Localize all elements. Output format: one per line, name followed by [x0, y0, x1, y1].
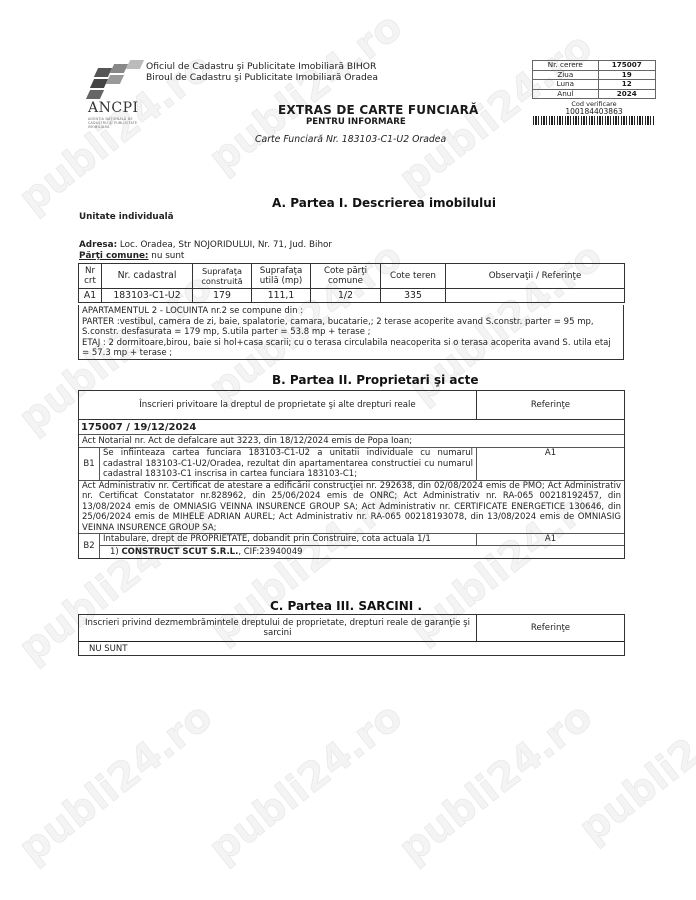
address: Adresa: Loc. Oradea, Str NOJORIDULUI, Nr…: [79, 240, 332, 250]
watermark: publi24.ro: [200, 4, 411, 183]
col-cote-comune: Cote părţi comune: [311, 264, 381, 289]
cell-cote-comune: 1/2: [311, 289, 381, 303]
request-reference: 175007 / 19/12/2024: [79, 420, 624, 435]
description-line: ETAJ : 2 dormitoare,birou, baie si hol+c…: [82, 338, 620, 359]
cell-cote-teren: 335: [381, 289, 446, 303]
charges-header-row: Inscrieri privind dezmembrămintele drept…: [79, 615, 624, 642]
cell-observatii: [446, 289, 625, 303]
owners-header-row: Înscrieri privitoare la dreptul de propr…: [79, 391, 624, 420]
document-subtitle: PENTRU INFORMARE: [306, 117, 406, 127]
common-parts-label: Părţi comune:: [79, 251, 148, 261]
owner-cif: , CIF:23940049: [238, 547, 302, 557]
verification-code: 100184403863: [532, 108, 656, 116]
cell-sup-utila: 111,1: [252, 289, 311, 303]
request-label: Nr. cerere: [533, 61, 599, 71]
col-cadastral: Nr. cadastral: [102, 264, 193, 289]
table-row: A1 183103-C1-U2 179 111,1 1/2 335: [79, 289, 625, 303]
col-refs: Referinţe: [477, 615, 624, 641]
document-title: EXTRAS DE CARTE FUNCIARĂ: [278, 103, 479, 117]
act-notarial: Act Notarial nr. Act de defalcare aut 32…: [79, 435, 624, 448]
unit-description: APARTAMENTUL 2 - LOCUINTA nr.2 se compun…: [78, 305, 624, 360]
address-value: Loc. Oradea, Str NOJORIDULUI, Nr. 71, Ju…: [117, 240, 332, 250]
entry-b2: B2 Intabulare, drept de PROPRIETATE, dob…: [79, 534, 624, 558]
owners-table: Înscrieri privitoare la dreptul de propr…: [78, 390, 625, 559]
owner-index: 1): [110, 547, 119, 557]
part2-heading: B. Partea II. Proprietari şi acte: [272, 373, 478, 387]
col-cote-teren: Cote teren: [381, 264, 446, 289]
charges-value: NU SUNT: [79, 642, 624, 655]
common-parts: Părţi comune: nu sunt: [79, 251, 184, 261]
logo-square-icon: [126, 60, 144, 69]
watermark: publi24.ro: [200, 694, 411, 873]
request-table: Nr. cerere 175007 Ziua 19 Luna 12 Anul 2…: [532, 60, 656, 99]
property-table: Nr crt Nr. cadastral Suprafaţa construit…: [78, 263, 625, 303]
carte-funciara-number: Carte Funciară Nr. 183103-C1-U2 Oradea: [255, 134, 446, 145]
office-line-2: Biroul de Cadastru şi Publicitate Imobil…: [146, 72, 378, 83]
col-sup-utila: Suprafaţa utilă (mp): [252, 264, 311, 289]
col-observatii: Observaţii / Referinţe: [446, 264, 625, 289]
request-label: Anul: [533, 89, 599, 99]
cell-nr: A1: [79, 289, 102, 303]
entry-id: B1: [79, 448, 100, 480]
barcode-icon: [533, 116, 655, 125]
entry-body: Intabulare, drept de PROPRIETATE, doband…: [100, 534, 624, 558]
request-row: Nr. cerere 175007: [533, 61, 656, 71]
cell-cadastral: 183103-C1-U2: [102, 289, 193, 303]
owner-entry: 1) CONSTRUCT SCUT S.R.L., CIF:23940049: [100, 546, 624, 558]
table-header-row: Nr crt Nr. cadastral Suprafaţa construit…: [79, 264, 625, 289]
unit-type: Unitate individuală: [79, 212, 174, 222]
acts-administrative: Act Administrativ nr. Certificat de ates…: [79, 481, 624, 535]
col-refs: Referinţe: [477, 391, 624, 419]
part3-heading: C. Partea III. SARCINI .: [270, 599, 422, 613]
col-nr-crt: Nr crt: [79, 264, 102, 289]
part1-heading: A. Partea I. Descrierea imobilului: [272, 196, 496, 210]
request-value: 12: [598, 80, 655, 90]
entry-ref: A1: [477, 448, 624, 480]
office-line-1: Oficiul de Cadastru şi Publicitate Imobi…: [146, 61, 378, 72]
request-row: Luna 12: [533, 80, 656, 90]
logo-square-icon: [86, 90, 104, 99]
entry-b1: B1 Se infiinteaza cartea funciara 183103…: [79, 448, 624, 481]
entry-main: Intabulare, drept de PROPRIETATE, doband…: [100, 534, 624, 546]
address-label: Adresa:: [79, 240, 117, 250]
issuing-office: Oficiul de Cadastru şi Publicitate Imobi…: [146, 61, 378, 83]
watermark: publi24.ro: [570, 674, 696, 853]
request-row: Anul 2024: [533, 89, 656, 99]
request-info-box: Nr. cerere 175007 Ziua 19 Luna 12 Anul 2…: [527, 60, 661, 125]
charges-table: Inscrieri privind dezmembrămintele drept…: [78, 614, 625, 656]
entry-id: B2: [79, 534, 100, 558]
col-entries: Înscrieri privitoare la dreptul de propr…: [79, 391, 477, 419]
entry-text: Se infiinteaza cartea funciara 183103-C1…: [100, 448, 477, 480]
owner-name: CONSTRUCT SCUT S.R.L.: [121, 547, 238, 557]
entry-ref: A1: [477, 534, 624, 545]
request-row: Ziua 19: [533, 70, 656, 80]
request-value: 175007: [598, 61, 655, 71]
logo-subtitle: AGENŢIA NAŢIONALĂ DE CADASTRU ŞI PUBLICI…: [88, 117, 150, 129]
request-value: 2024: [598, 89, 655, 99]
col-entries: Inscrieri privind dezmembrămintele drept…: [79, 615, 477, 641]
common-parts-value: nu sunt: [148, 251, 184, 261]
watermark: publi24.ro: [10, 694, 221, 873]
col-sup-construita: Suprafaţa construită: [193, 264, 252, 289]
watermark: publi24.ro: [390, 694, 601, 873]
description-line: PARTER :vestibul, camera de zi, baie, sp…: [82, 317, 620, 338]
logo-text: ANCPI: [88, 100, 139, 116]
logo-square-icon: [106, 75, 124, 84]
request-label: Luna: [533, 80, 599, 90]
entry-text: Intabulare, drept de PROPRIETATE, doband…: [100, 534, 477, 545]
description-line: APARTAMENTUL 2 - LOCUINTA nr.2 se compun…: [82, 306, 620, 317]
cell-sup-constr: 179: [193, 289, 252, 303]
